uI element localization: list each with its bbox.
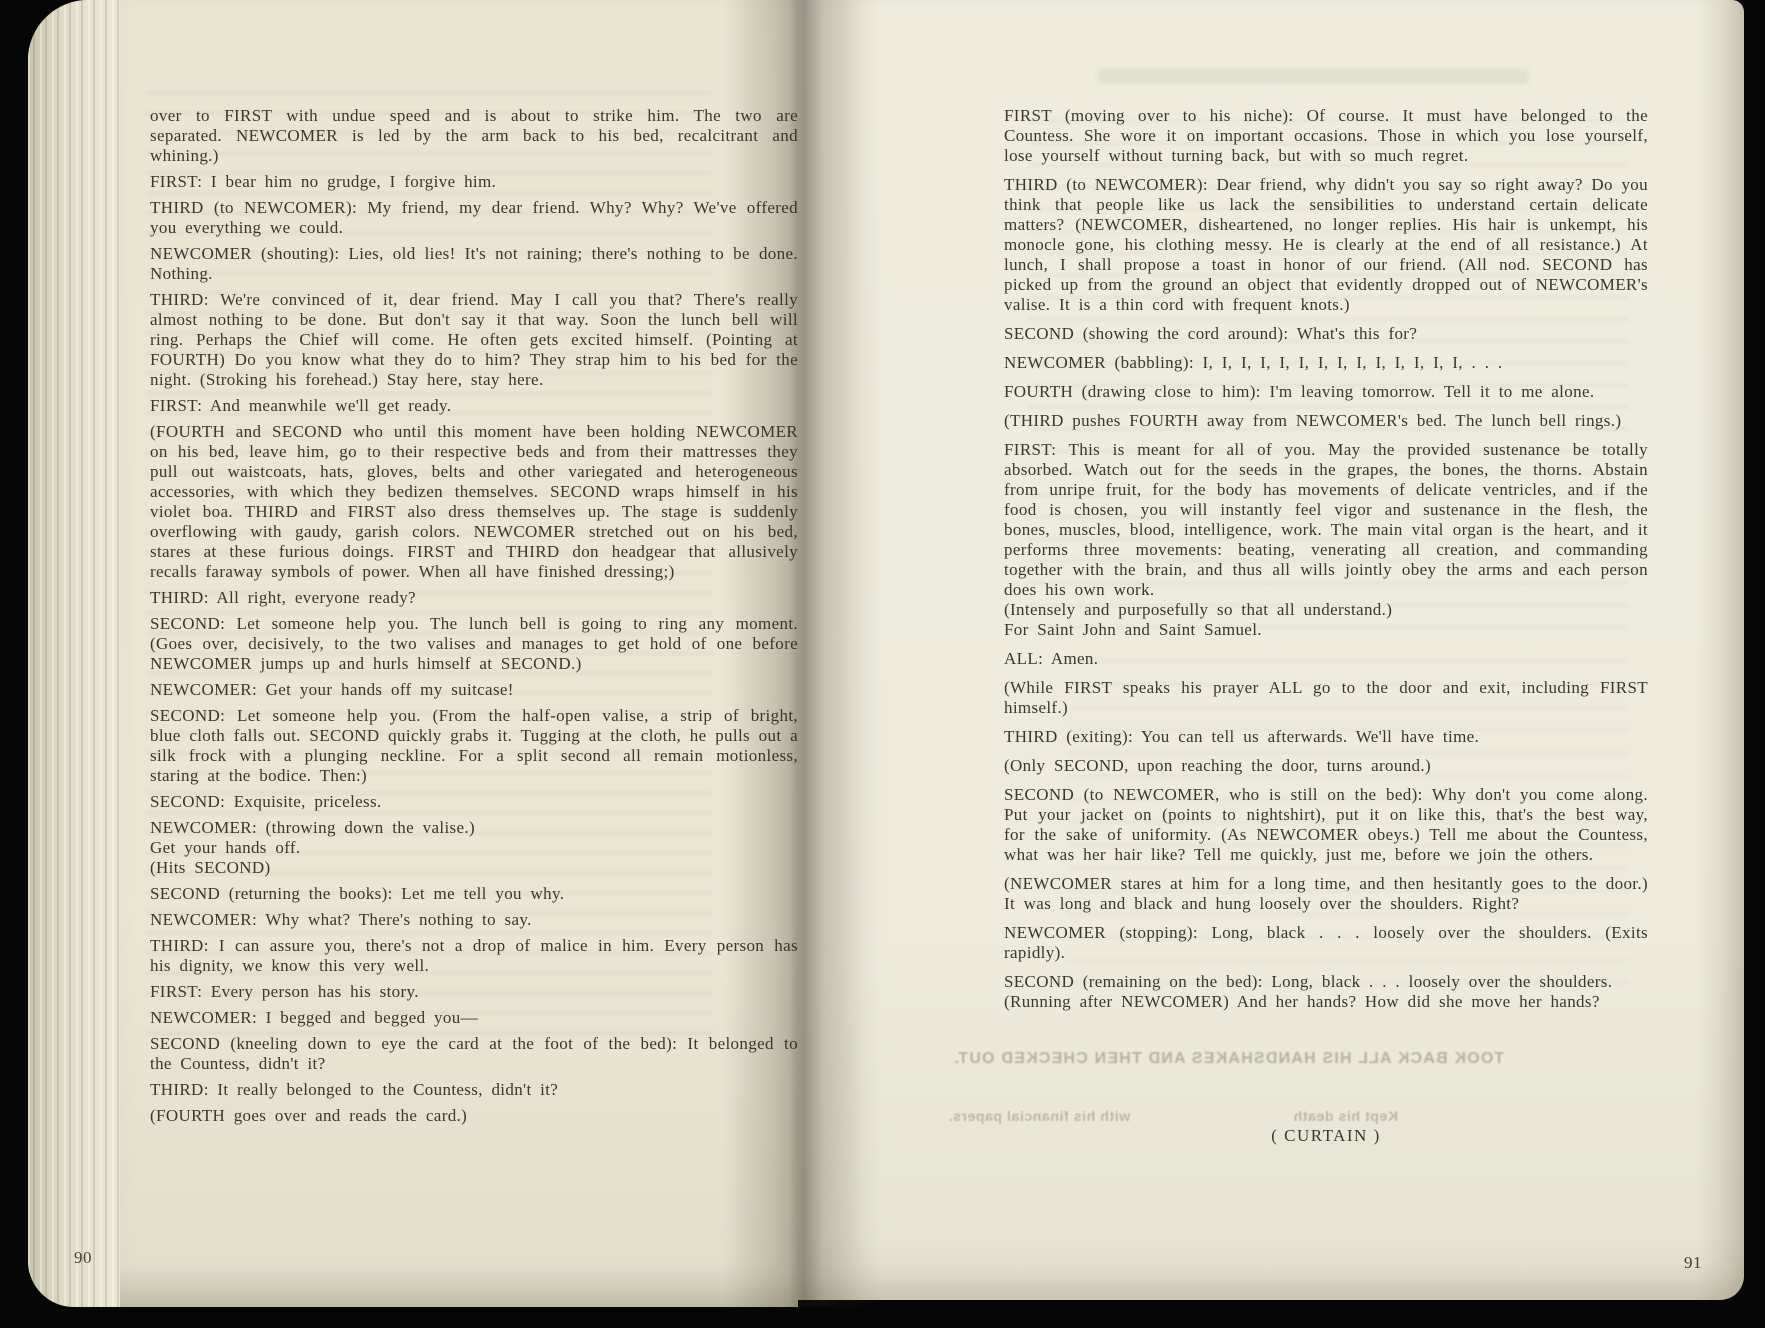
- play-paragraph: NEWCOMER (babbling): I, I, I, I, I, I, I…: [1004, 353, 1648, 373]
- play-paragraph: FIRST (moving over to his niche): Of cou…: [1004, 106, 1648, 166]
- play-paragraph: SECOND (to NEWCOMER, who is still on the…: [1004, 785, 1648, 865]
- play-paragraph: FIRST: Every person has his story.: [150, 982, 798, 1002]
- play-paragraph: ALL: Amen.: [1004, 649, 1648, 669]
- play-paragraph: SECOND: Let someone help you. The lunch …: [150, 614, 798, 674]
- play-paragraph: THIRD (to NEWCOMER): My friend, my dear …: [150, 198, 798, 238]
- page-fore-edge: [28, 0, 120, 1307]
- play-paragraph: SECOND: Let someone help you. (From the …: [150, 706, 798, 786]
- play-paragraph: NEWCOMER (shouting): Lies, old lies! It'…: [150, 244, 798, 284]
- play-paragraph: SECOND (remaining on the bed): Long, bla…: [1004, 972, 1648, 992]
- play-paragraph: THIRD (exiting): You can tell us afterwa…: [1004, 727, 1648, 747]
- play-paragraph: For Saint John and Saint Samuel.: [1004, 620, 1648, 640]
- page-number-right: 91: [1684, 1253, 1702, 1273]
- bleed-through-texture: [1098, 70, 1528, 83]
- page-number-left: 90: [74, 1248, 92, 1268]
- play-paragraph: NEWCOMER: Why what? There's nothing to s…: [150, 910, 798, 930]
- play-paragraph: over to FIRST with undue speed and is ab…: [150, 106, 798, 166]
- play-paragraph: THIRD: It really belonged to the Countes…: [150, 1080, 798, 1100]
- play-paragraph: (Intensely and purposefully so that all …: [1004, 600, 1648, 620]
- play-paragraph: (THIRD pushes FOURTH away from NEWCOMER'…: [1004, 411, 1648, 431]
- play-paragraph: (NEWCOMER stares at him for a long time,…: [1004, 874, 1648, 914]
- play-paragraph: THIRD (to NEWCOMER): Dear friend, why di…: [1004, 175, 1648, 315]
- bleed-through-note-right: with his financial papers.: [948, 1108, 1130, 1124]
- page-right: FIRST (moving over to his niche): Of cou…: [798, 0, 1744, 1300]
- page-left: over to FIRST with undue speed and is ab…: [28, 0, 798, 1307]
- play-paragraph: THIRD: I can assure you, there's not a d…: [150, 936, 798, 976]
- book-scan: over to FIRST with undue speed and is ab…: [0, 0, 1765, 1328]
- play-paragraph: (FOURTH and SECOND who until this moment…: [150, 422, 798, 582]
- play-paragraph: (Hits SECOND): [150, 858, 798, 878]
- play-paragraph: NEWCOMER: (throwing down the valise.): [150, 818, 798, 838]
- play-paragraph: (Running after NEWCOMER) And her hands? …: [1004, 992, 1648, 1012]
- bleed-through-note-left: Kept his death: [1293, 1108, 1398, 1124]
- curtain-label: ( CURTAIN ): [1004, 1126, 1648, 1146]
- play-paragraph: FOURTH (drawing close to him): I'm leavi…: [1004, 382, 1648, 402]
- play-paragraph: NEWCOMER (stopping): Long, black . . . l…: [1004, 923, 1648, 963]
- play-paragraph: SECOND (returning the books): Let me tel…: [150, 884, 798, 904]
- play-paragraph: FIRST: And meanwhile we'll get ready.: [150, 396, 798, 416]
- play-paragraph: (FOURTH goes over and reads the card.): [150, 1106, 798, 1126]
- play-paragraph: SECOND: Exquisite, priceless.: [150, 792, 798, 812]
- play-paragraph: SECOND (kneeling down to eye the card at…: [150, 1034, 798, 1074]
- page-right-text: FIRST (moving over to his niche): Of cou…: [1004, 106, 1648, 1012]
- play-paragraph: (While FIRST speaks his prayer ALL go to…: [1004, 678, 1648, 718]
- play-paragraph: THIRD: We're convinced of it, dear frien…: [150, 290, 798, 390]
- play-paragraph: FIRST: I bear him no grudge, I forgive h…: [150, 172, 798, 192]
- bleed-through-note: Kept his death with his financial papers…: [948, 1108, 1398, 1124]
- play-paragraph: NEWCOMER: Get your hands off my suitcase…: [150, 680, 798, 700]
- play-paragraph: Get your hands off.: [150, 838, 798, 858]
- page-left-text: over to FIRST with undue speed and is ab…: [150, 106, 798, 1126]
- play-paragraph: THIRD: All right, everyone ready?: [150, 588, 798, 608]
- bleed-through-headline: TOOK BACK ALL HIS HANDSHAKES AND THEN CH…: [938, 1050, 1504, 1068]
- play-paragraph: SECOND (showing the cord around): What's…: [1004, 324, 1648, 344]
- play-paragraph: (Only SECOND, upon reaching the door, tu…: [1004, 756, 1648, 776]
- play-paragraph: NEWCOMER: I begged and begged you—: [150, 1008, 798, 1028]
- play-paragraph: FIRST: This is meant for all of you. May…: [1004, 440, 1648, 600]
